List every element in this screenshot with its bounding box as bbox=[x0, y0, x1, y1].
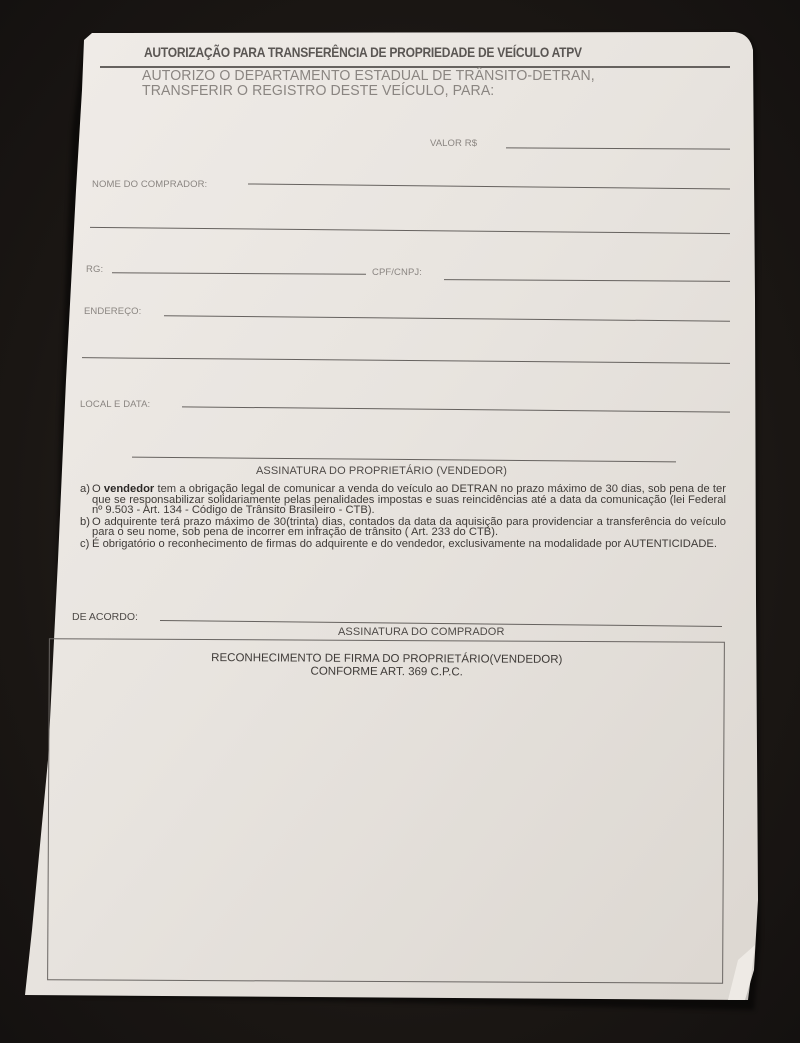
legal-notes: a) O vendedor tem a obrigação legal de c… bbox=[80, 484, 726, 550]
nome-comprador-input[interactable] bbox=[248, 171, 734, 185]
nome-comprador-input-2[interactable] bbox=[90, 214, 734, 228]
notary-recognition-box[interactable]: RECONHECIMENTO DE FIRMA DO PROPRIETÁRIO(… bbox=[47, 638, 725, 984]
note-marker: c) bbox=[80, 539, 92, 550]
atpv-form-paper: AUTORIZAÇÃO PARA TRANSFERÊNCIA DE PROPRI… bbox=[0, 0, 800, 1043]
endereco-label: ENDEREÇO: bbox=[84, 306, 141, 317]
note-text: É obrigatório o reconhecimento de firmas… bbox=[92, 539, 726, 550]
endereco-input-2[interactable] bbox=[82, 344, 734, 358]
intro-line-1: AUTORIZO O DEPARTAMENTO ESTADUAL DE TRÂN… bbox=[142, 68, 595, 83]
local-data-input[interactable] bbox=[182, 393, 734, 407]
nome-comprador-label: NOME DO COMPRADOR: bbox=[92, 179, 207, 190]
rg-input[interactable] bbox=[112, 258, 370, 272]
intro-line-2: TRANSFERIR O REGISTRO DESTE VEÍCULO, PAR… bbox=[142, 83, 595, 98]
note-text: O adquirente terá prazo máximo de 30(tri… bbox=[92, 517, 726, 538]
valor-label: VALOR R$ bbox=[430, 138, 477, 149]
note-marker: b) bbox=[80, 517, 92, 538]
note-c: c) É obrigatório o reconhecimento de fir… bbox=[80, 539, 726, 550]
buyer-signature-caption: ASSINATURA DO COMPRADOR bbox=[338, 626, 505, 638]
rg-label: RG: bbox=[86, 264, 103, 275]
note-text: tem a obrigação legal de comunicar a ven… bbox=[92, 483, 726, 516]
cpf-cnpj-input[interactable] bbox=[444, 264, 734, 278]
local-data-label: LOCAL E DATA: bbox=[80, 399, 150, 410]
valor-input[interactable] bbox=[506, 132, 734, 146]
de-acordo-label: DE ACORDO: bbox=[72, 611, 138, 623]
notary-title-line-2: CONFORME ART. 369 C.P.C. bbox=[50, 664, 724, 681]
notary-box-title: RECONHECIMENTO DE FIRMA DO PROPRIETÁRIO(… bbox=[50, 651, 724, 681]
form-title: AUTORIZAÇÃO PARA TRANSFERÊNCIA DE PROPRI… bbox=[144, 44, 582, 60]
intro-text: AUTORIZO O DEPARTAMENTO ESTADUAL DE TRÂN… bbox=[142, 68, 595, 98]
note-b: b) O adquirente terá prazo máximo de 30(… bbox=[80, 517, 726, 538]
cpf-cnpj-label: CPF/CNPJ: bbox=[372, 267, 422, 278]
note-marker: a) bbox=[80, 484, 92, 516]
note-a: a) O vendedor tem a obrigação legal de c… bbox=[80, 484, 726, 516]
seller-signature-caption: ASSINATURA DO PROPRIETÁRIO (VENDEDOR) bbox=[256, 465, 507, 477]
endereco-input[interactable] bbox=[164, 302, 734, 316]
note-body: O vendedor tem a obrigação legal de comu… bbox=[92, 484, 726, 516]
